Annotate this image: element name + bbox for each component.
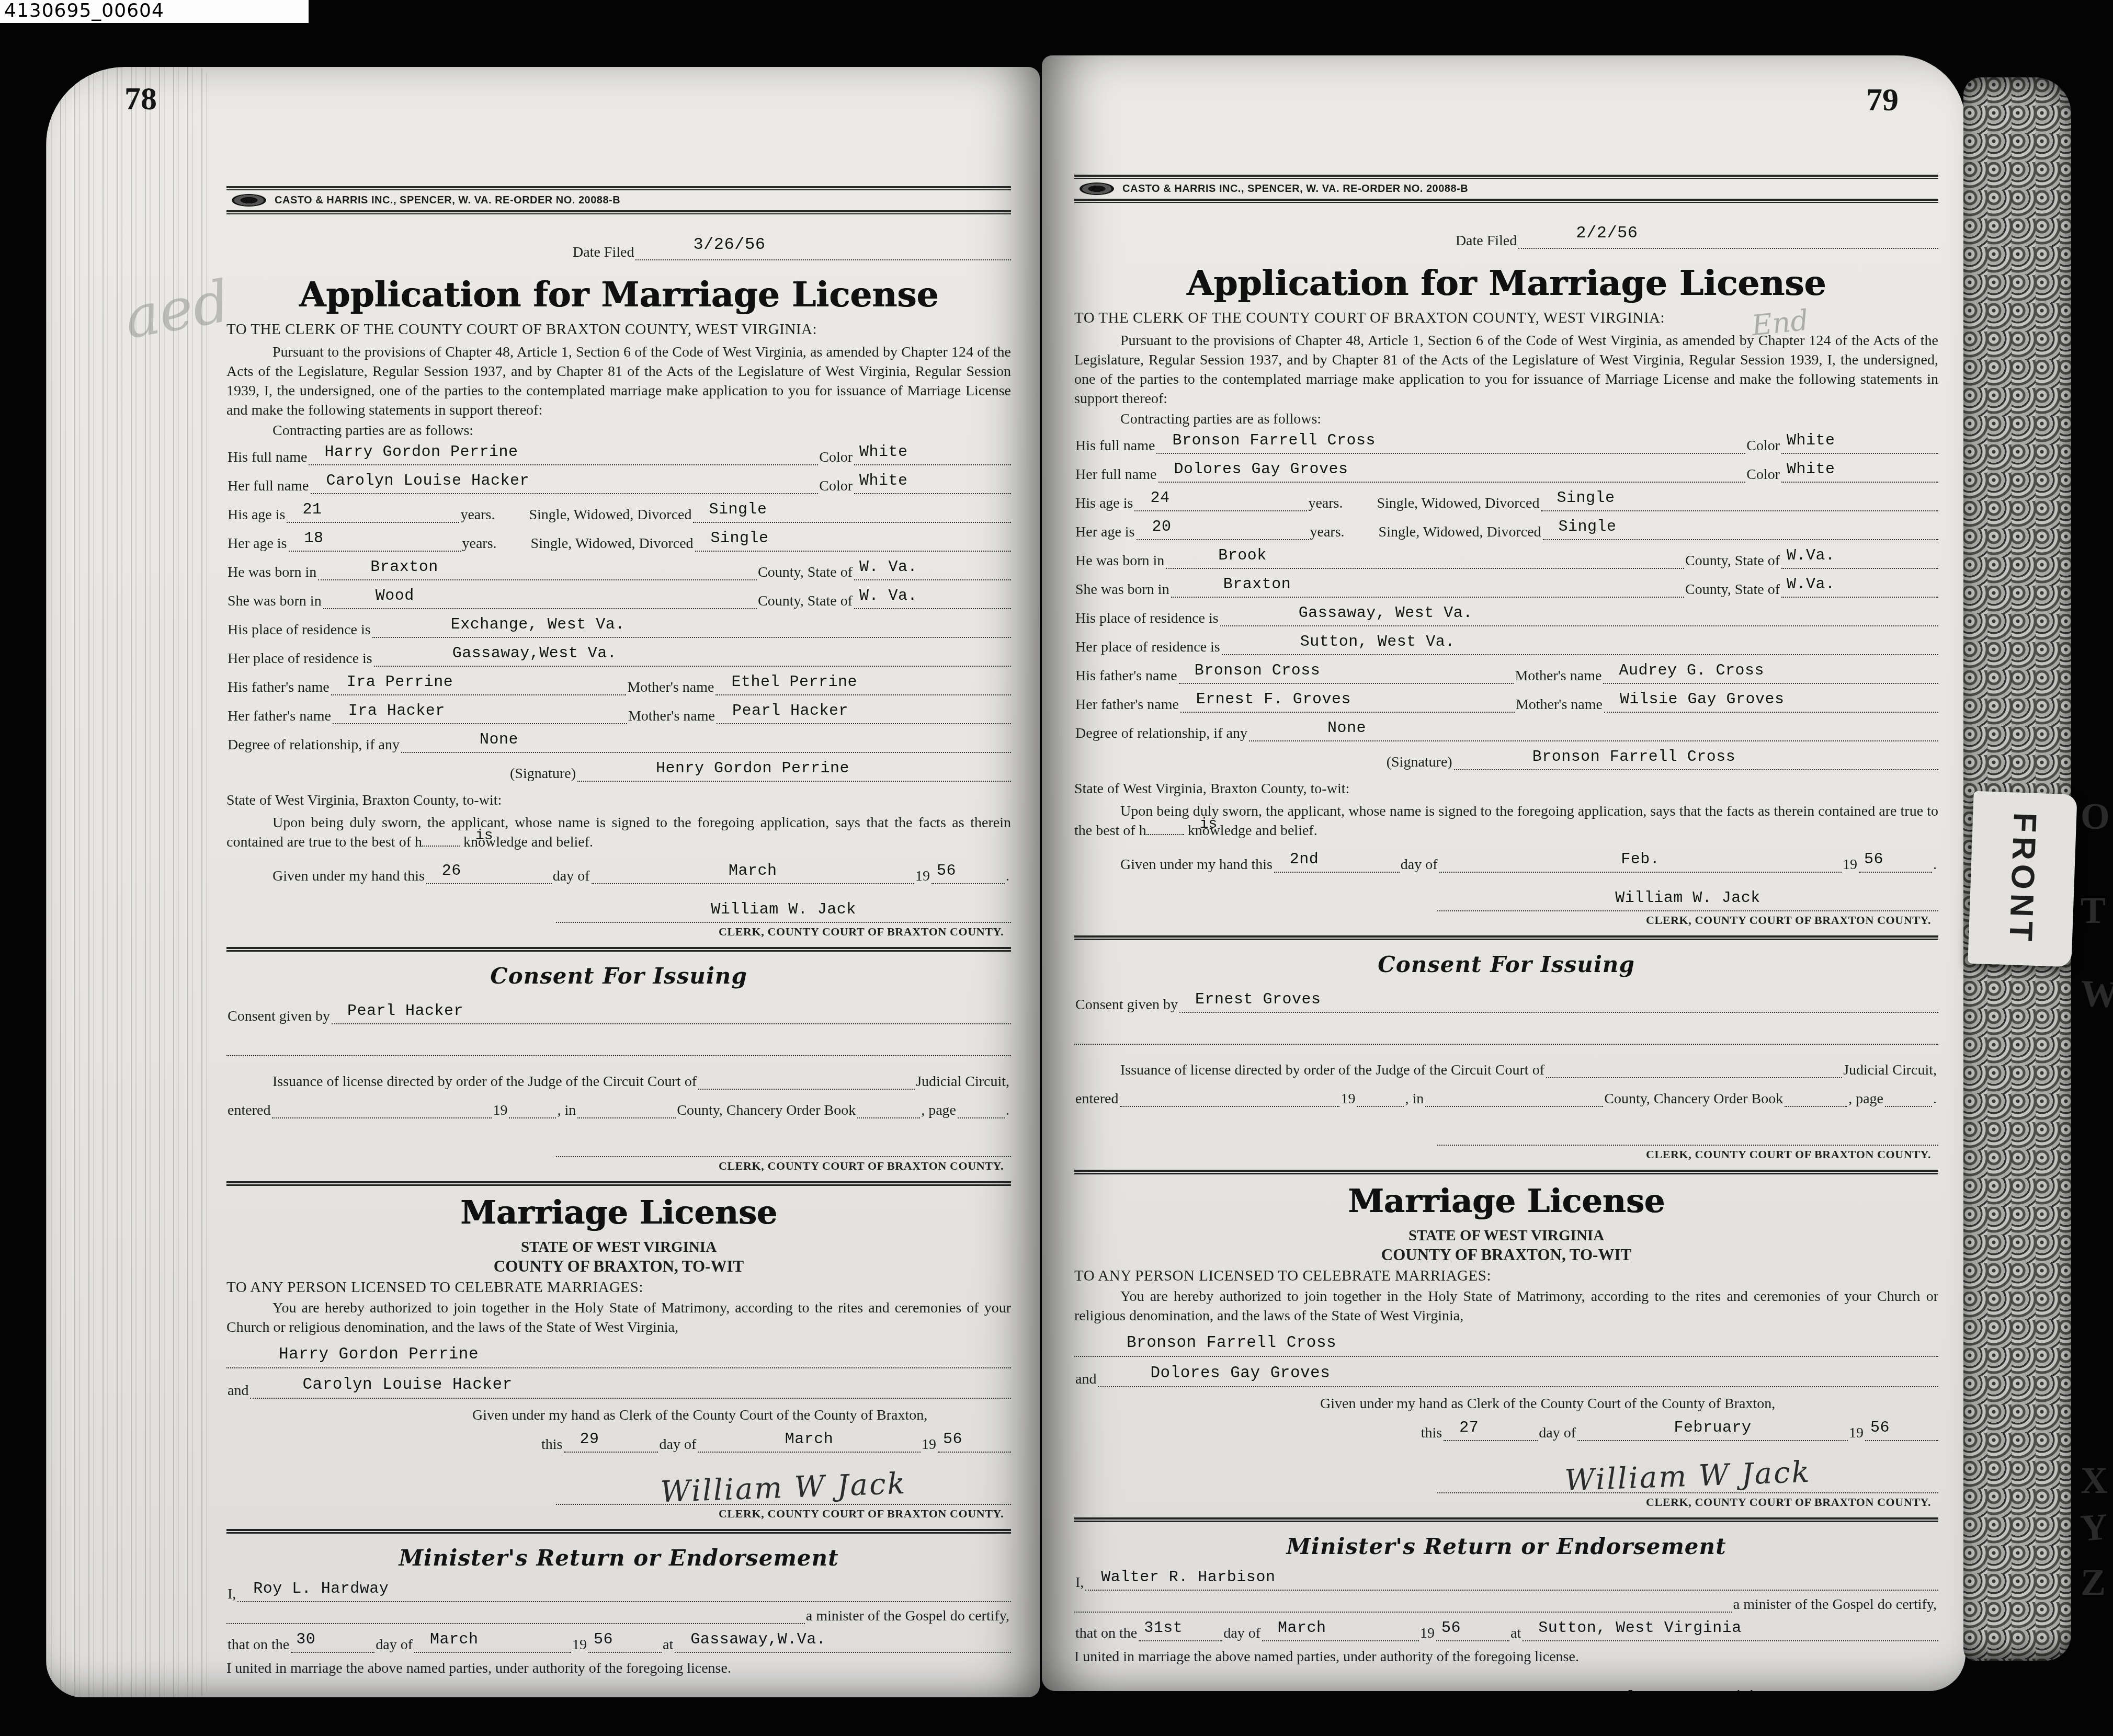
- sworn-paragraph: Upon being duly sworn, the applicant, wh…: [226, 813, 1011, 852]
- clerk-caption: CLERK, COUNTY COURT OF BRAXTON COUNTY.: [1437, 1148, 1938, 1161]
- her-color-value: White: [859, 473, 908, 490]
- he-born-state-value: W. Va.: [859, 559, 917, 577]
- book-scan: 4130695_00604 78 aed CASTO & HARRIS INC.…: [0, 0, 2113, 1736]
- license-month-value: February: [1674, 1420, 1752, 1437]
- date-filed-value: 2/2/56: [1576, 224, 1638, 243]
- clerk-caption: CLERK, COUNTY COURT OF BRAXTON COUNTY.: [556, 1507, 1011, 1521]
- blank-line: Wood: [323, 591, 757, 609]
- he-born-state-value: W.Va.: [1787, 547, 1835, 565]
- blank-line: [1785, 1089, 1847, 1107]
- license-day-value: 29: [580, 1431, 599, 1449]
- united-line: I united in marriage the above named par…: [226, 1660, 1011, 1677]
- comma-page-label: , page: [920, 1102, 958, 1118]
- sworn-year-value: 56: [937, 863, 956, 881]
- his-father-value: Bronson Cross: [1195, 663, 1321, 680]
- blank-line: None: [1249, 724, 1938, 741]
- blank-line: 56: [588, 1635, 662, 1653]
- blank-line: Wilsie Gay Groves: [1604, 695, 1938, 713]
- rule: [226, 186, 1011, 190]
- i-label: I,: [226, 1586, 237, 1602]
- blank-line: Ethel Perrine: [715, 678, 1011, 695]
- her-age-label: Her age is: [1074, 524, 1137, 540]
- county-of-braxton-line: COUNTY OF BRAXTON, TO-WIT: [1074, 1246, 1938, 1264]
- blank-line: Bronson Farrell Cross: [1074, 1339, 1938, 1357]
- authorized-paragraph: You are hereby authorized to join togeth…: [226, 1298, 1011, 1337]
- her-color-value: White: [1787, 461, 1835, 479]
- judicial-label: Judicial Circuit,: [915, 1073, 1011, 1090]
- years-label: years.: [1309, 524, 1346, 540]
- blank-line: 21: [287, 505, 459, 523]
- page-number: 78: [124, 81, 157, 118]
- blank-line: [1546, 1060, 1842, 1078]
- blank-line: [1074, 1595, 1732, 1613]
- book-page: 78 aed CASTO & HARRIS INC., SPENCER, W. …: [46, 67, 1040, 1697]
- sworn-day-value: 26: [442, 863, 461, 881]
- printer-stamp-block: CASTO & HARRIS INC., SPENCER, W. VA. RE-…: [1074, 175, 1938, 203]
- blank-line: [509, 1101, 556, 1118]
- blank-line: 56: [931, 866, 1005, 884]
- mother-label: Mother's name: [1514, 668, 1603, 684]
- blank-line: [1425, 1089, 1603, 1107]
- minister-certify-label: a minister of the Gospel do certify,: [1732, 1596, 1938, 1613]
- clerk-handwritten-signature: William W Jack: [660, 1468, 907, 1509]
- state-towit-line: State of West Virginia, Braxton County, …: [226, 792, 1011, 809]
- license-groom-row: Bronson Farrell Cross: [1074, 1339, 1938, 1357]
- nineteen-label: 19: [492, 1102, 509, 1118]
- he-born-value: Brook: [1218, 547, 1267, 565]
- she-born-value: Braxton: [1223, 576, 1291, 594]
- married-year-value: 56: [1441, 1620, 1461, 1638]
- consent-by-value: Ernest Groves: [1195, 991, 1321, 1009]
- his-residence-label: His place of residence is: [1074, 610, 1220, 626]
- clerk-caption: CLERK, COUNTY COURT OF BRAXTON COUNTY.: [1437, 1495, 1938, 1509]
- clerk-cursive-row: William W Jack: [556, 1482, 1011, 1505]
- clerk-cursive-signature-block: William W Jack CLERK, COUNTY COURT OF BR…: [1437, 1470, 1938, 1509]
- license-bride-value: Carolyn Louise Hacker: [302, 1376, 512, 1395]
- she-born-state-value: W. Va.: [859, 588, 917, 606]
- contracting-line: Contracting parties are as follows:: [1074, 409, 1938, 429]
- double-rule: [1074, 1517, 1938, 1522]
- blank-line: Ira Perrine: [331, 678, 627, 695]
- blank-line: W. Va.: [854, 591, 1011, 609]
- blank-line: [226, 1606, 805, 1624]
- years-label: years.: [461, 535, 498, 552]
- blank-line: Single: [695, 534, 1011, 552]
- her-father-value: Ira Hacker: [348, 703, 445, 721]
- front-tab-label: FRONT: [2002, 812, 2043, 946]
- blank-line: William W. Jack: [556, 900, 1011, 923]
- blank-line: March: [698, 1435, 921, 1453]
- blank-line: [958, 1101, 1005, 1118]
- clerk-handwritten-signature: William W Jack: [1564, 1456, 1811, 1498]
- blank-line: [556, 1134, 1011, 1157]
- married-place-value: Gassaway,W.Va.: [690, 1631, 826, 1649]
- her-parents-row: Her father's name Ernest F. Groves Mothe…: [1074, 695, 1938, 713]
- blank-line: Ira Hacker: [333, 706, 627, 724]
- he-born-row: He was born in Brook County, State of W.…: [1074, 551, 1938, 569]
- his-full-name-value: Bronson Farrell Cross: [1172, 432, 1376, 450]
- her-residence-row: Her place of residence is Sutton, West V…: [1074, 637, 1938, 655]
- nineteen-label: 19: [1848, 1425, 1865, 1441]
- this-label: this: [540, 1436, 564, 1453]
- degree-label: Degree of relationship, if any: [1074, 725, 1249, 741]
- color-label: Color: [818, 449, 854, 465]
- chancery-label: County, Chancery Order Book: [676, 1102, 857, 1118]
- color-label: Color: [1745, 438, 1781, 454]
- her-full-name-label: Her full name: [226, 478, 311, 494]
- authorized-paragraph: You are hereby authorized to join togeth…: [1074, 1287, 1938, 1326]
- sworn-month-value: March: [729, 863, 777, 881]
- her-residence-row: Her place of residence is Gassaway,West …: [226, 649, 1011, 667]
- empty-consent-row: [1074, 1024, 1938, 1045]
- his-residence-value: Gassaway, West Va.: [1299, 605, 1473, 623]
- printer-stamp: CASTO & HARRIS INC., SPENCER, W. VA. RE-…: [1074, 179, 1938, 199]
- blank-line: William W. Jack: [1437, 888, 1938, 911]
- blank-line: Pearl Hacker: [332, 1007, 1011, 1024]
- nineteen-label: 19: [1419, 1625, 1436, 1641]
- color-label: Color: [1745, 466, 1781, 483]
- she-born-label: She was born in: [226, 593, 323, 609]
- he-born-label: He was born in: [226, 564, 318, 580]
- blank-line: [698, 1072, 915, 1090]
- clerk-typed-row: William W. Jack: [1437, 888, 1938, 911]
- blank-line: None: [401, 735, 1011, 753]
- state-of-wv-line: STATE OF WEST VIRGINIA: [226, 1239, 1011, 1256]
- license-bride-value: Dolores Gay Groves: [1150, 1365, 1330, 1383]
- his-father-value: Ira Perrine: [347, 674, 453, 692]
- he-born-value: Braxton: [370, 559, 438, 577]
- contracting-line: Contracting parties are as follows:: [226, 421, 1011, 440]
- blank-line: [1120, 1089, 1339, 1107]
- her-father-label: Her father's name: [226, 708, 333, 724]
- blank-line: Pearl Hacker: [717, 706, 1011, 724]
- blank-line: 56: [1859, 855, 1932, 873]
- married-day-value: 31st: [1144, 1620, 1183, 1638]
- his-age-label: His age is: [226, 507, 287, 523]
- day-of-label: day of: [1538, 1425, 1577, 1441]
- double-rule: [226, 1181, 1011, 1186]
- applicant-signature-value: Henry Gordon Perrine: [656, 760, 849, 778]
- his-age-value: 24: [1150, 490, 1169, 508]
- date-filed-label: Date Filed: [572, 244, 635, 260]
- license-date-row: this 29 day of March 19 56: [226, 1435, 1011, 1453]
- double-rule: [1074, 935, 1938, 940]
- nineteen-label: 19: [1339, 1091, 1357, 1107]
- her-full-name-row: Her full name Carolyn Louise Hacker Colo…: [226, 476, 1011, 494]
- blank-line: February: [1577, 1423, 1848, 1441]
- blank-line: 24: [1134, 494, 1307, 511]
- period-label: .: [1005, 1102, 1011, 1118]
- to-any-person-line: TO ANY PERSON LICENSED TO CELEBRATE MARR…: [226, 1279, 1011, 1296]
- consent-by-value: Pearl Hacker: [347, 1003, 463, 1021]
- blank-line: March: [414, 1635, 571, 1653]
- this-label: this: [1420, 1425, 1444, 1441]
- blank-line: White: [854, 476, 1011, 494]
- his-father-label: His father's name: [226, 679, 331, 695]
- blank-line: Single: [1543, 522, 1938, 540]
- degree-row: Degree of relationship, if any None: [1074, 724, 1938, 741]
- her-full-name-label: Her full name: [1074, 466, 1158, 483]
- to-any-person-line: TO ANY PERSON LICENSED TO CELEBRATE MARR…: [1074, 1267, 1938, 1285]
- book-page: 79 End CASTO & HARRIS INC., SPENCER, W. …: [1042, 55, 1966, 1691]
- his-residence-row: His place of residence is Gassaway, West…: [1074, 609, 1938, 626]
- consent-title: Consent For Issuing: [226, 963, 1011, 989]
- degree-label: Degree of relationship, if any: [226, 737, 401, 753]
- date-filed-row: Date Filed 2/2/56: [1074, 231, 1938, 249]
- her-full-name-value: Carolyn Louise Hacker: [326, 473, 530, 490]
- double-rule: [1074, 1170, 1938, 1174]
- status-options-label: Single, Widowed, Divorced: [528, 507, 694, 523]
- her-residence-label: Her place of residence is: [1074, 639, 1222, 655]
- her-residence-value: Sutton, West Va.: [1300, 634, 1455, 652]
- given-under-row: Given under my hand this 2nd day of Feb.…: [1074, 855, 1938, 873]
- printer-stamp-block: CASTO & HARRIS INC., SPENCER, W. VA. RE-…: [226, 186, 1011, 214]
- given-under-row: Given under my hand this 26 day of March…: [226, 866, 1011, 884]
- date-filed-blank: 2/2/56: [1518, 231, 1938, 249]
- his-mother-value: Ethel Perrine: [731, 674, 857, 692]
- day-of-label: day of: [658, 1436, 698, 1453]
- blank-line: Exchange, West Va.: [372, 620, 1011, 638]
- blank-line: W.Va.: [1781, 580, 1938, 598]
- sworn-fill-value: is: [1154, 815, 1218, 834]
- comma-in-label: , in: [556, 1102, 577, 1118]
- she-born-value: Wood: [376, 588, 414, 606]
- blank-line: Braxton: [318, 563, 757, 580]
- rule: [1074, 199, 1938, 203]
- his-status-value: Single: [709, 501, 767, 519]
- her-full-name-value: Dolores Gay Groves: [1174, 461, 1348, 479]
- blank-line: Sutton, West Va.: [1222, 637, 1938, 655]
- status-options-label: Single, Widowed, Divorced: [530, 535, 695, 552]
- minister-certify-row: a minister of the Gospel do certify,: [226, 1606, 1011, 1624]
- blank-line: [1437, 1123, 1938, 1146]
- day-of-label: day of: [552, 868, 592, 884]
- sworn-paragraph: Upon being duly sworn, the applicant, wh…: [1074, 802, 1938, 840]
- she-born-state-value: W.Va.: [1787, 576, 1835, 594]
- clerk-caption: CLERK, COUNTY COURT OF BRAXTON COUNTY.: [556, 1159, 1011, 1173]
- at-label: at: [662, 1637, 675, 1653]
- blank-line: [226, 1038, 1011, 1056]
- blank-line: Gassaway, West Va.: [1220, 609, 1938, 626]
- mother-label: Mother's name: [627, 708, 717, 724]
- pencil-annotation: aed: [119, 268, 234, 352]
- sworn-month-value: Feb.: [1621, 851, 1660, 869]
- edge-letter: W: [2080, 972, 2113, 1017]
- printer-stamp: CASTO & HARRIS INC., SPENCER, W. VA. RE-…: [226, 190, 1011, 210]
- state-towit-line: State of West Virginia, Braxton County, …: [1074, 781, 1938, 797]
- signature-label: (Signature): [509, 766, 577, 782]
- her-age-row: Her age is 18 years. Single, Widowed, Di…: [226, 534, 1011, 552]
- blank-line: 29: [564, 1435, 658, 1453]
- county-state-label: County, State of: [1684, 553, 1781, 569]
- her-mother-value: Pearl Hacker: [732, 703, 848, 721]
- county-state-label: County, State of: [757, 593, 854, 609]
- minister-name-row: I, Walter R. Harbison: [1074, 1573, 1938, 1591]
- rule: [226, 210, 1011, 214]
- sworn-blank: is: [1146, 830, 1184, 835]
- sworn-day-value: 2nd: [1290, 851, 1319, 869]
- married-date-row: that on the 30 day of March 19 56 at Gas…: [226, 1635, 1011, 1653]
- blank-line: [577, 1101, 676, 1118]
- judicial-label: Judicial Circuit,: [1842, 1062, 1938, 1078]
- form: CASTO & HARRIS INC., SPENCER, W. VA. RE-…: [226, 67, 1011, 1697]
- license-year-value: 56: [943, 1431, 962, 1449]
- signature-row: (Signature) Henry Gordon Perrine: [226, 764, 1011, 782]
- form: CASTO & HARRIS INC., SPENCER, W. VA. RE-…: [1074, 55, 1938, 1691]
- printer-logo-icon: [1080, 182, 1114, 195]
- rule: [1074, 175, 1938, 179]
- her-mother-value: Wilsie Gay Groves: [1620, 691, 1785, 709]
- blank-line: Bronson Farrell Cross: [1156, 436, 1745, 454]
- license-day-value: 27: [1459, 1420, 1479, 1437]
- blank-line: Gassaway,West Va.: [374, 649, 1011, 667]
- sworn-fill-value: is: [429, 826, 493, 846]
- chancery-label: County, Chancery Order Book: [1603, 1091, 1785, 1107]
- nineteen-label: 19: [571, 1637, 588, 1653]
- pursuant-paragraph: Pursuant to the provisions of Chapter 48…: [226, 342, 1011, 420]
- sworn-year-value: 56: [1864, 851, 1883, 869]
- consent-row: Consent given by Ernest Groves: [1074, 995, 1938, 1013]
- consent-row: Consent given by Pearl Hacker: [226, 1007, 1011, 1024]
- blank-line: March: [1262, 1624, 1419, 1641]
- date-filed-label: Date Filed: [1455, 233, 1518, 249]
- to-clerk-heading: TO THE CLERK OF THE COUNTY COURT OF BRAX…: [1074, 310, 1938, 327]
- edge-letter: O: [2081, 795, 2110, 838]
- married-day-value: 30: [296, 1631, 315, 1649]
- his-age-row: His age is 24 years. Single, Widowed, Di…: [1074, 494, 1938, 511]
- double-rule: [226, 947, 1011, 952]
- pursuant-paragraph: Pursuant to the provisions of Chapter 48…: [1074, 331, 1938, 408]
- edge-letter: T: [2081, 889, 2106, 932]
- mother-label: Mother's name: [626, 679, 715, 695]
- his-parents-row: His father's name Bronson Cross Mother's…: [1074, 666, 1938, 684]
- his-age-label: His age is: [1074, 495, 1134, 511]
- clerk-signature-block: William W. Jack CLERK, COUNTY COURT OF B…: [1437, 888, 1938, 927]
- printer-stamp-text: CASTO & HARRIS INC., SPENCER, W. VA. RE-…: [275, 195, 620, 207]
- license-date-row: this 27 day of February 19 56: [1074, 1423, 1938, 1441]
- his-age-value: 21: [302, 501, 322, 519]
- clerk-cursive-signature-block: William W Jack CLERK, COUNTY COURT OF BR…: [556, 1482, 1011, 1521]
- her-status-value: Single: [711, 530, 769, 548]
- entered-label: entered: [1074, 1091, 1120, 1107]
- blank-line: 2nd: [1274, 855, 1400, 873]
- his-age-row: His age is 21 years. Single, Widowed, Di…: [226, 505, 1011, 523]
- application-title: Application for Marriage License: [1074, 262, 1938, 303]
- blank-line: W.Va.: [1781, 551, 1938, 569]
- married-place-value: Sutton, West Virginia: [1538, 1620, 1742, 1638]
- consent-by-label: Consent given by: [1074, 997, 1179, 1013]
- her-age-value: 20: [1152, 519, 1172, 536]
- clerk-blank-row: [556, 1134, 1011, 1157]
- entered-row: entered 19 , in County, Chancery Order B…: [1074, 1089, 1938, 1107]
- issuance-label: Issuance of license directed by order of…: [226, 1073, 698, 1090]
- blank-line: Ernest F. Groves: [1180, 695, 1515, 713]
- blank-line: 27: [1444, 1423, 1538, 1441]
- license-groom-row: Harry Gordon Perrine: [226, 1351, 1011, 1368]
- minister-name-row: I, Roy L. Hardway: [226, 1584, 1011, 1602]
- double-rule: [226, 1529, 1011, 1534]
- blank-line: White: [1781, 465, 1938, 483]
- that-on-label: that on the: [226, 1637, 291, 1653]
- blank-line: March: [592, 866, 914, 884]
- her-parents-row: Her father's name Ira Hacker Mother's na…: [226, 706, 1011, 724]
- clerk-signature-block: William W. Jack CLERK, COUNTY COURT OF B…: [556, 900, 1011, 939]
- issuance-row: Issuance of license directed by order of…: [226, 1072, 1011, 1090]
- date-filed-blank: 3/26/56: [635, 243, 1011, 260]
- his-full-name-row: His full name Harry Gordon Perrine Color…: [226, 448, 1011, 465]
- blank-line: Feb.: [1439, 855, 1842, 873]
- signature-label: (Signature): [1385, 754, 1454, 770]
- that-on-label: that on the: [1074, 1625, 1139, 1641]
- clerk-caption: CLERK, COUNTY COURT OF BRAXTON COUNTY.: [1437, 913, 1938, 927]
- he-born-row: He was born in Braxton County, State of …: [226, 563, 1011, 580]
- empty-consent-row: [226, 1035, 1011, 1056]
- clerk-signature-block-2: CLERK, COUNTY COURT OF BRAXTON COUNTY.: [1437, 1123, 1938, 1161]
- married-month-value: March: [1278, 1620, 1326, 1638]
- his-residence-value: Exchange, West Va.: [451, 616, 625, 634]
- blank-line: Gassaway,W.Va.: [675, 1635, 1011, 1653]
- his-residence-row: His place of residence is Exchange, West…: [226, 620, 1011, 638]
- her-residence-value: Gassaway,West Va.: [452, 645, 617, 663]
- marriage-license-title: Marriage License: [1074, 1182, 1938, 1220]
- blank-line: Single: [693, 505, 1011, 523]
- printer-stamp-text: CASTO & HARRIS INC., SPENCER, W. VA. RE-…: [1122, 183, 1468, 195]
- blank-line: 56: [1865, 1423, 1938, 1441]
- book-edge-index-letters: O T W X Y Z: [2081, 0, 2113, 1736]
- consent-by-label: Consent given by: [226, 1008, 332, 1024]
- blank-line: White: [854, 448, 1011, 465]
- date-filed-row: Date Filed 3/26/56: [226, 243, 1011, 260]
- comma-in-label: , in: [1404, 1091, 1425, 1107]
- clerk-name-value: William W. Jack: [711, 901, 856, 919]
- her-father-label: Her father's name: [1074, 696, 1180, 713]
- edge-letter: Z: [2081, 1561, 2106, 1604]
- blank-line: Bronson Farrell Cross: [1454, 752, 1938, 770]
- clerk-cursive-row: William W Jack: [1437, 1470, 1938, 1493]
- period-label: .: [1932, 1091, 1938, 1107]
- blank-line: William W Jack: [1437, 1470, 1938, 1493]
- blank-line: Braxton: [1171, 580, 1684, 598]
- state-of-wv-line: STATE OF WEST VIRGINIA: [1074, 1227, 1938, 1244]
- his-full-name-label: His full name: [226, 449, 309, 465]
- degree-value: None: [1327, 720, 1366, 738]
- blank-line: Carolyn Louise Hacker: [311, 476, 819, 494]
- married-date-row: that on the 31st day of March 19 56 at S…: [1074, 1624, 1938, 1641]
- blank-line: Henry Gordon Perrine: [577, 764, 1011, 782]
- entered-row: entered 19 , in County, Chancery Order B…: [226, 1101, 1011, 1118]
- blank-line: 18: [289, 534, 461, 552]
- given-as-clerk-line: Given under my hand as Clerk of the Coun…: [1074, 1396, 1938, 1412]
- license-year-value: 56: [1870, 1420, 1890, 1437]
- clerk-caption: CLERK, COUNTY COURT OF BRAXTON COUNTY.: [556, 925, 1011, 939]
- day-of-label: day of: [1400, 856, 1439, 873]
- blank-line: [857, 1101, 920, 1118]
- blank-line: W. Va.: [854, 563, 1011, 580]
- his-full-name-label: His full name: [1074, 438, 1156, 454]
- license-month-value: March: [785, 1431, 834, 1449]
- she-born-row: She was born in Wood County, State of W.…: [226, 591, 1011, 609]
- nineteen-label: 19: [1842, 856, 1859, 873]
- day-of-label: day of: [1222, 1625, 1262, 1641]
- edge-letter: X: [2081, 1459, 2108, 1502]
- period-label: .: [1005, 868, 1011, 884]
- blank-line: Ernest Groves: [1179, 995, 1938, 1013]
- blank-line: 56: [1436, 1624, 1509, 1641]
- given-hand-label: Given under my hand this: [226, 868, 426, 884]
- to-clerk-heading: TO THE CLERK OF THE COUNTY COURT OF BRAX…: [226, 321, 1011, 338]
- her-father-value: Ernest F. Groves: [1196, 691, 1351, 709]
- her-age-value: 18: [304, 530, 324, 548]
